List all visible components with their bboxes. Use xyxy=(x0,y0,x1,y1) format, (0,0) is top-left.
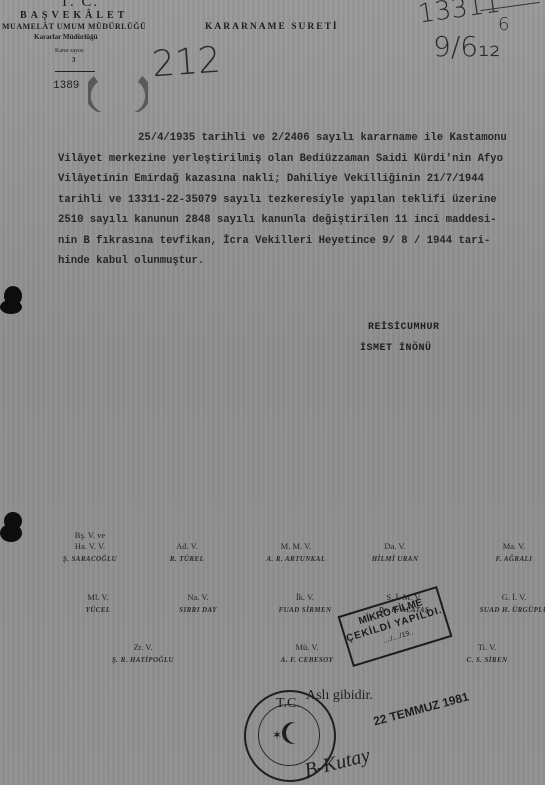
header-office: BAŞVEKÂLET xyxy=(20,10,128,21)
cabinet-role: Ma. V. xyxy=(454,541,545,552)
cabinet-role: Ti. V. xyxy=(427,642,545,653)
cabinet-signature: Zr. V. Ş. R. HATİPOĞLU xyxy=(83,642,203,667)
cabinet-name: Ş. R. HATİPOĞLU xyxy=(83,653,203,667)
body-line: 25/4/1935 tarihli ve 2/2406 sayılı karar… xyxy=(58,128,545,149)
cabinet-name: C. S. SİREN xyxy=(427,653,545,667)
cabinet-role: Na. V. xyxy=(138,592,258,603)
karar-sayisi-label: Karar sayısı xyxy=(55,48,84,54)
cabinet-signature: Na. V. SIRRI DAY xyxy=(138,592,258,617)
cabinet-name: SUAD H. ÜRGÜPLÜ xyxy=(454,603,545,617)
crescent-emblem-icon xyxy=(88,70,148,112)
cabinet-signature: Ad. V. R. TÜREL xyxy=(127,541,247,566)
body-line: tarihli ve 13311-22-35079 sayılı tezkere… xyxy=(58,190,545,211)
handwritten-number: 212 xyxy=(151,40,222,86)
cabinet-signature: Ti. V. C. S. SİREN xyxy=(427,642,545,667)
cabinet-name: HİLMİ URAN xyxy=(335,552,455,566)
cabinet-role: G. İ. V. xyxy=(454,592,545,603)
star-icon: ✶ xyxy=(272,728,282,743)
ink-blotch xyxy=(0,524,22,542)
document-title: KARARNAME SURETİ xyxy=(205,22,339,32)
cabinet-name: R. TÜREL xyxy=(127,552,247,566)
cabinet-name: SIRRI DAY xyxy=(138,603,258,617)
president-name: İSMET İNÖNÜ xyxy=(360,343,432,354)
president-title: REİSİCUMHUR xyxy=(368,322,440,333)
body-line: 2510 sayılı kanunun 2848 sayılı kanunla … xyxy=(58,210,545,231)
decree-body: 25/4/1935 tarihli ve 2/2406 sayılı karar… xyxy=(58,128,545,272)
date-stamp: 22 TEMMUZ 1981 xyxy=(372,690,470,729)
ink-blotch xyxy=(0,300,22,314)
crescent-icon xyxy=(286,722,308,744)
cabinet-signature: Ma. V. F. AĞRALI xyxy=(454,541,545,566)
body-line: Vilâyet merkezine yerleştirilmiş olan Be… xyxy=(58,149,545,170)
cabinet-signature: G. İ. V. SUAD H. ÜRGÜPLÜ xyxy=(454,592,545,617)
cabinet-role: Zr. V. xyxy=(83,642,203,653)
certification-text: Aslı gibidir. xyxy=(306,688,373,704)
seal-text: T.C. xyxy=(276,696,300,712)
file-number: 1389 xyxy=(53,80,79,92)
body-line: Vilâyetinin Emirdağ kazasına nakli; Dahi… xyxy=(58,169,545,190)
document-page: T. C. BAŞVEKÂLET MUAMELÂT UMUM MÜDÜRLÜĞÜ… xyxy=(0,0,545,785)
cabinet-signature: Da. V. HİLMİ URAN xyxy=(335,541,455,566)
body-line: nin B fıkrasına tevfikan, İcra Vekilleri… xyxy=(58,231,545,252)
cabinet-role: Ad. V. xyxy=(127,541,247,552)
handwritten-ref-top: 13311 xyxy=(416,0,502,30)
karar-sayisi: 3 xyxy=(72,56,76,64)
handwritten-ref-bottom: 9/6₁₂ xyxy=(433,30,501,63)
header-directorate: MUAMELÂT UMUM MÜDÜRLÜĞÜ xyxy=(2,22,146,31)
body-line: hinde kabul olunmuştur. xyxy=(58,251,545,272)
cabinet-role: Da. V. xyxy=(335,541,455,552)
cabinet-name: F. AĞRALI xyxy=(454,552,545,566)
header-sub-directorate: Kararlar Müdürlüğü xyxy=(34,33,97,41)
